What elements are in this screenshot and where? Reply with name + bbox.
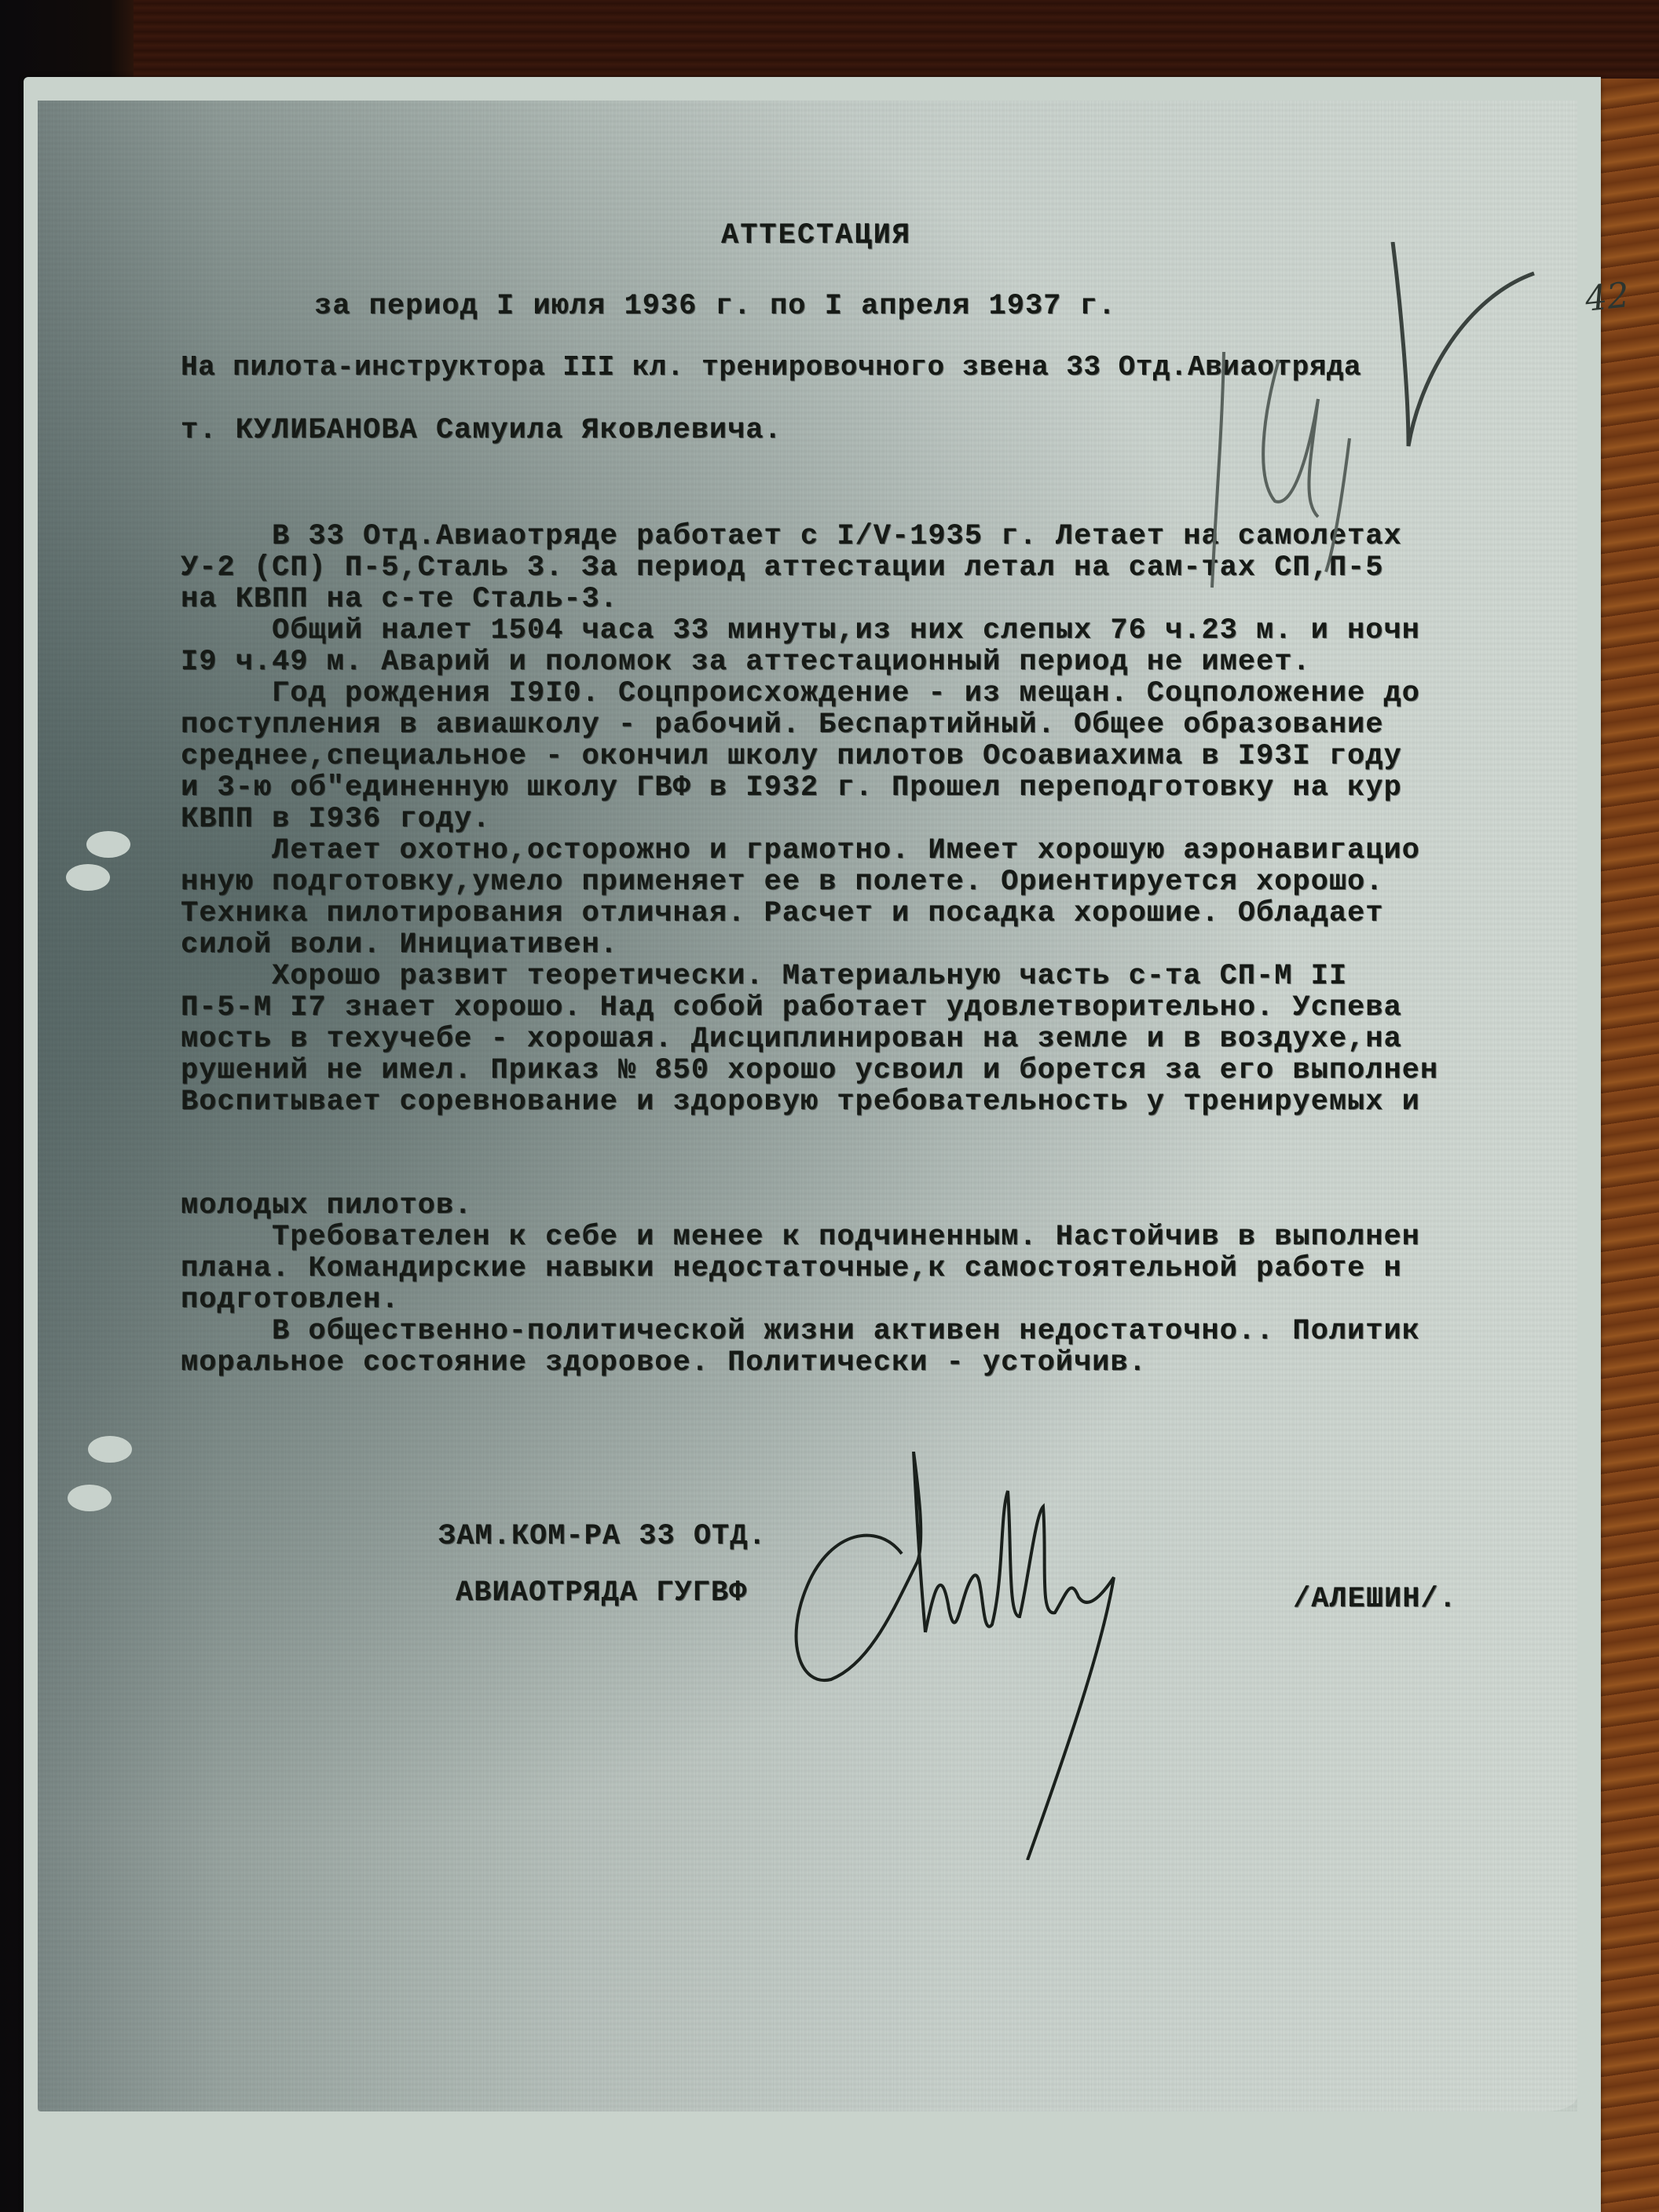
body-line: Требователен к себе и менее к подчиненны…: [181, 1221, 1420, 1253]
body-line: Техника пилотирования отличная. Расчет и…: [181, 898, 1438, 929]
body-line: молодых пилотов.: [181, 1190, 1420, 1221]
body-line: Общий налет 1504 часа 33 минуты,из них с…: [181, 615, 1438, 646]
body-line: плана. Командирские навыки недостаточные…: [181, 1253, 1420, 1284]
punch-hole: [66, 864, 110, 891]
signature-icon: [784, 1452, 1271, 1860]
punch-hole: [88, 1436, 132, 1463]
body-line: I9 ч.49 м. Аварий и поломок за аттестаци…: [181, 646, 1438, 678]
paper-sheet: АТТЕСТАЦИЯ за период I июля 1936 г. по I…: [24, 77, 1601, 2212]
signatory-name: /АЛЕШИН/.: [1293, 1584, 1457, 1615]
signature-title-line-1: ЗАМ.КОМ-РА 33 ОТД.: [438, 1521, 767, 1552]
body-line: поступления в авиашколу - рабочий. Беспа…: [181, 709, 1438, 741]
body-line: и 3-ю об"единенную школу ГВФ в I932 г. П…: [181, 772, 1438, 804]
subject-line-1: На пилота-инструктора III кл. тренировоч…: [181, 352, 1361, 383]
body-line: П-5-М I7 знает хорошо. Над собой работае…: [181, 992, 1438, 1024]
body-line: Летает охотно,осторожно и грамотно. Имее…: [181, 835, 1438, 866]
body-line: Год рождения I9I0. Соцпроисхождение - из…: [181, 678, 1438, 709]
wooden-table-top: [134, 0, 1659, 79]
body-line: В общественно-политической жизни активен…: [181, 1316, 1420, 1347]
body-line: рушений не имел. Приказ № 850 хорошо усв…: [181, 1055, 1438, 1086]
subject-line-2: т. КУЛИБАНОВА Самуила Яковлевича.: [181, 415, 782, 446]
wooden-table-edge: [1599, 79, 1659, 2212]
period-line: за период I июля 1936 г. по I апреля 193…: [314, 291, 1116, 322]
photocopy-area: АТТЕСТАЦИЯ за период I июля 1936 г. по I…: [38, 101, 1577, 2111]
body-line: Хорошо развит теоретически. Материальную…: [181, 961, 1438, 992]
body-line: КВПП в I936 году.: [181, 804, 1438, 835]
punch-hole: [86, 831, 130, 858]
document-title: АТТЕСТАЦИЯ: [721, 220, 911, 251]
pencil-annotation-icon: [1200, 242, 1569, 611]
body-line: среднее,специальное - окончил школу пило…: [181, 741, 1438, 772]
signature-title-line-2: АВИАОТРЯДА ГУГВФ: [456, 1577, 747, 1609]
body-line: нную подготовку,умело применяет ее в пол…: [181, 866, 1438, 898]
body-line: моральное состояние здоровое. Политическ…: [181, 1347, 1420, 1379]
punch-hole: [68, 1485, 112, 1511]
body-line: Воспитывает соревнование и здоровую треб…: [181, 1086, 1438, 1118]
page-number: 42: [1583, 275, 1631, 320]
body-line: силой воли. Инициативен.: [181, 929, 1438, 961]
body-line: подготовлен.: [181, 1284, 1420, 1316]
body-line: мость в техучебе - хорошая. Дисциплиниро…: [181, 1024, 1438, 1055]
body-paragraphs-continued: молодых пилотов. Требователен к себе и м…: [181, 1190, 1420, 1379]
